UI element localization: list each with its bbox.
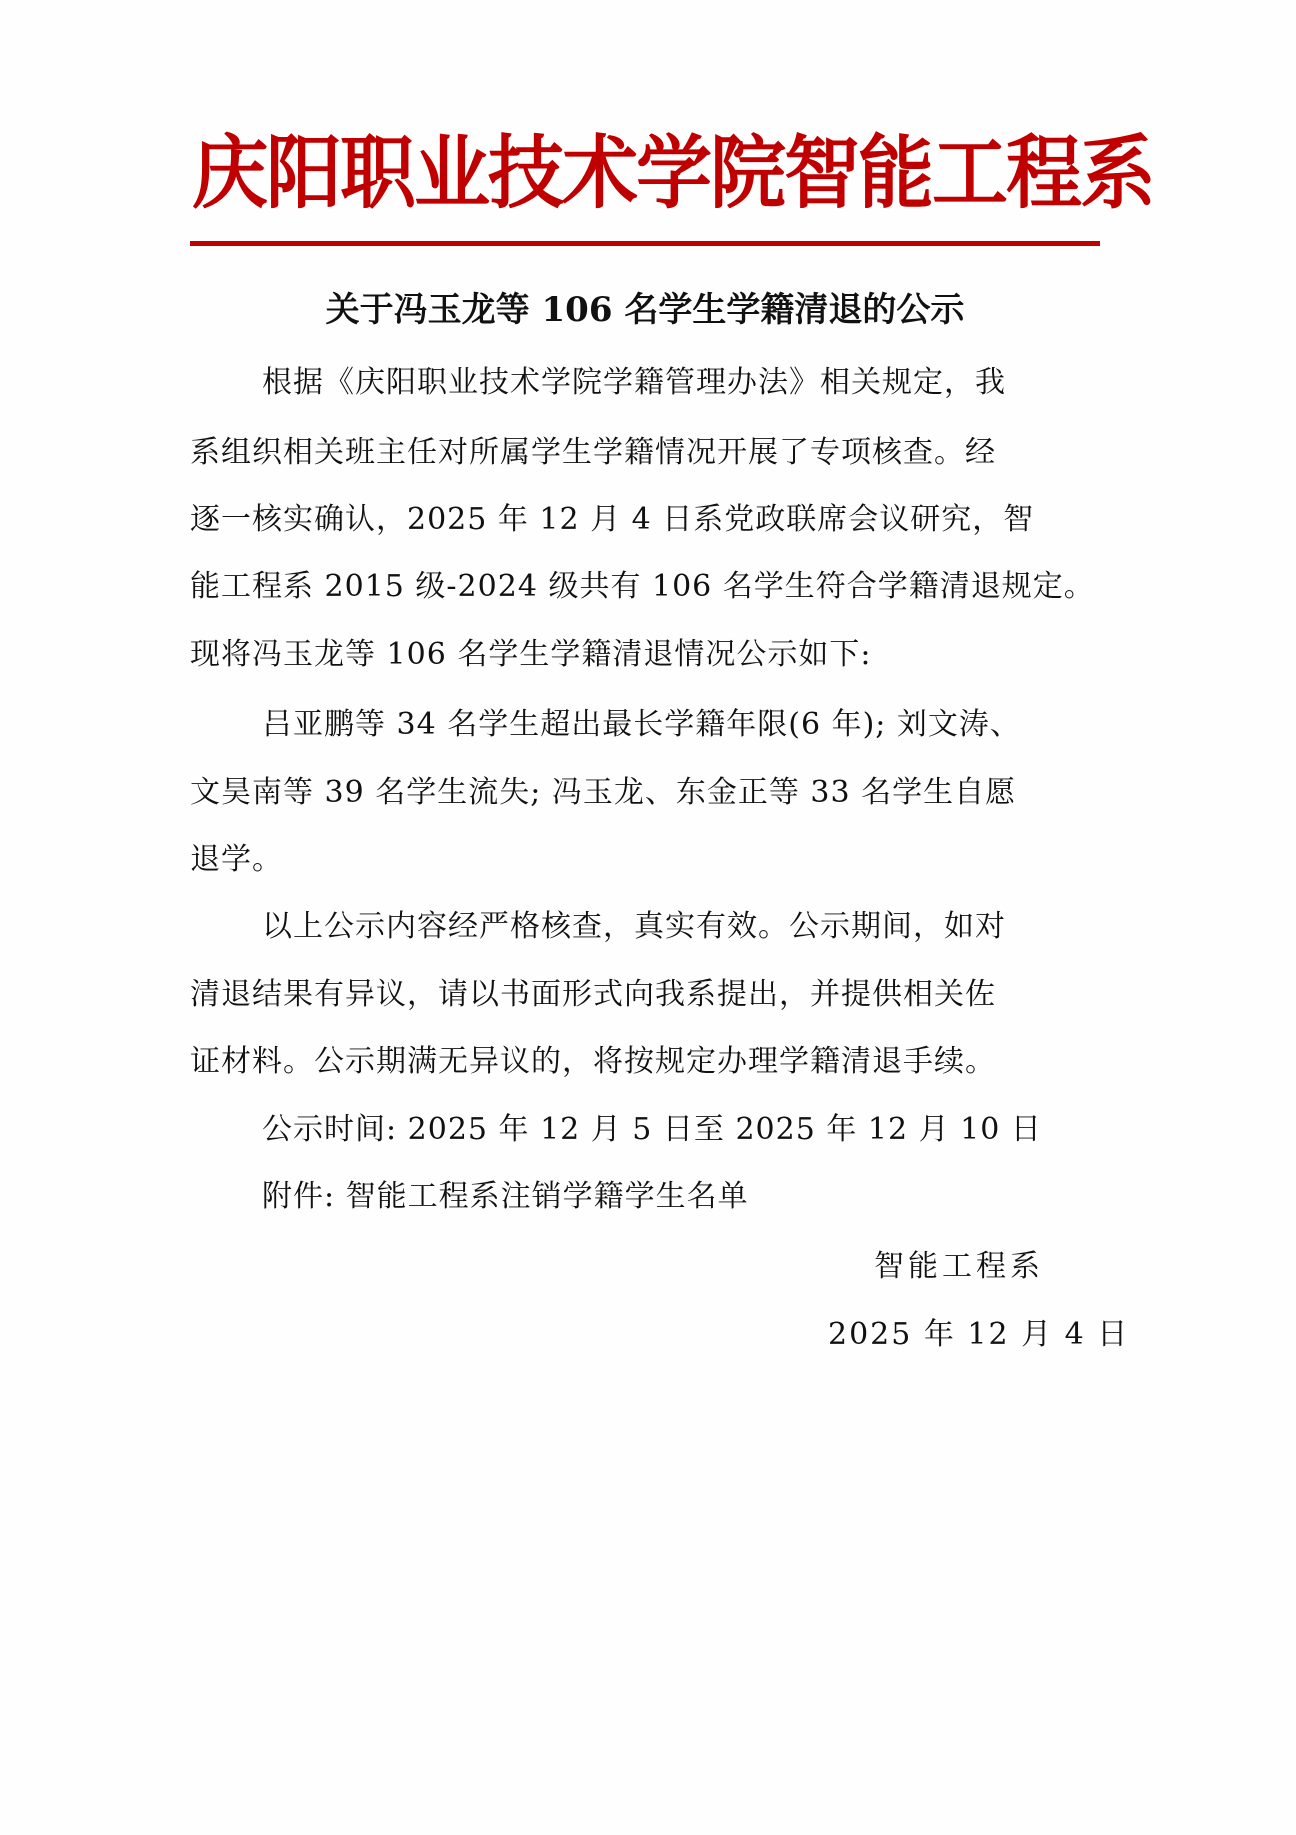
paragraph-1-line: 根据《庆阳职业技术学院学籍管理办法》相关规定，我	[262, 358, 1182, 408]
paragraph-1-line: 能工程系 2015 级-2024 级共有 106 名学生符合学籍清退规定。	[190, 562, 1110, 612]
paragraph-1-line: 现将冯玉龙等 106 名学生学籍清退情况公示如下:	[190, 630, 1110, 680]
notice-title: 关于冯玉龙等 106 名学生学籍清退的公示	[190, 285, 1100, 335]
signature-date: 2025 年 12 月 4 日	[828, 1310, 1129, 1360]
attachment-link: 附件: 智能工程系注销学籍学生名单	[262, 1172, 1182, 1222]
notice-period: 公示时间: 2025 年 12 月 5 日至 2025 年 12 月 10 日	[262, 1105, 1182, 1155]
org-name: 庆阳职业技术学院智能工程系	[192, 126, 1092, 221]
paragraph-2-line: 文昊南等 39 名学生流失; 冯玉龙、东金正等 33 名学生自愿	[190, 768, 1110, 818]
paragraph-2-line: 吕亚鹏等 34 名学生超出最长学籍年限(6 年); 刘文涛、	[262, 700, 1182, 750]
paragraph-3-line: 清退结果有异议，请以书面形式向我系提出，并提供相关佐	[190, 970, 1110, 1020]
paragraph-1-line: 系组织相关班主任对所属学生学籍情况开展了专项核查。经	[190, 428, 1110, 478]
signature-dept: 智能工程系	[874, 1242, 1044, 1292]
paragraph-3-line: 证材料。公示期满无异议的，将按规定办理学籍清退手续。	[190, 1037, 1110, 1087]
paragraph-2-line: 退学。	[190, 835, 1110, 885]
paragraph-1-line: 逐一核实确认，2025 年 12 月 4 日系党政联席会议研究，智	[190, 495, 1110, 545]
red-divider	[190, 241, 1100, 246]
paragraph-3-line: 以上公示内容经严格核查，真实有效。公示期间，如对	[262, 902, 1182, 952]
